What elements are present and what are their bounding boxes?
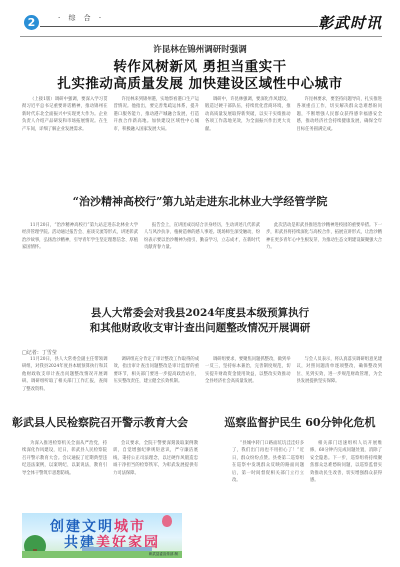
page-number-badge: 2 <box>24 15 39 30</box>
article-5-body: “县城中转门口路面坑坑洼洼好多了，我们出门再也不用担心了！”近日，群众纷纷点赞。… <box>232 440 382 558</box>
article-4-column: 为深入推进检察机关全面从严治党，持续深化作风建设，近日，彰武县人民检察院召开警示… <box>22 440 107 508</box>
article-paragraph: 调研组要求，要聚焦问题抓整改，做到举一反三，坚持标本兼治，完善制度规范，切实提升… <box>205 356 291 386</box>
article-paragraph: 与会人员表示，将认真落实调研组意见建议，对照问题清单逐项整改，确保整改到位、见到… <box>297 356 383 386</box>
article-5-headline: 巡察监督护民生 60分钟化危机 <box>200 414 400 430</box>
article-4-column: 会议要求，全院干警要深刻汲取案例教训，自觉增强纪律规矩意识，严守廉洁底线，秉持公… <box>113 440 198 508</box>
article-1-column: 许昆林来到锦州港，实地察看港口生产运营情况。他指出，要完善集疏运体系，提升港口服… <box>114 96 200 196</box>
article-2-body: 11月20日，“治沙精神高校行”第九站走进东北林业大学经济管理学院。活动通过报告… <box>22 222 382 292</box>
header-divider <box>40 26 318 27</box>
article-paragraph: 许昆林来到锦州港，实地察看港口生产运营情况。他指出，要完善集疏运体系，提升港口服… <box>114 96 200 133</box>
article-3-column: 调研组充分肯定了审计整改工作取得的成效，指出审计查出问题整改是审计监督的重要环节… <box>114 356 200 396</box>
article-paragraph: 11月20日，县人大常委会副主任带领调研组，对我县2024年度县本级预算执行和其… <box>22 356 108 393</box>
article-5-column: 相关部门迅速组织人员开展维修，60分钟内完成问题处置，消除了安全隐患。下一步，巡… <box>310 440 382 558</box>
article-3-headline-line1: 县人大常委会对我县2024年度县本级预算执行 <box>0 305 400 320</box>
article-paragraph: 此次活动是彰武县推进治沙精神进校园的重要举措。下一步，彰武县将持续深化与高校合作… <box>266 222 382 252</box>
article-1-headline-line2: 扎实推动高质量发展 加快建设区域性中心城市 <box>0 72 400 92</box>
article-3-column: 11月20日，县人大常委会副主任带领调研组，对我县2024年度县本级预算执行和其… <box>22 356 108 396</box>
article-paragraph: （上接1版）调研中强调，要深入学习贯彻习近平总书记重要讲话精神，推动锦州在新时代… <box>22 96 108 133</box>
article-4-headline: 彰武县人民检察院召开警示教育大会 <box>0 414 200 430</box>
banner-credit: 彰武县委宣传部 制 <box>149 552 178 557</box>
masthead-logo: 彰武时讯 <box>318 12 382 33</box>
article-paragraph: 11月20日，“治沙精神高校行”第九站走进东北林业大学经济管理学院。活动通过报告… <box>22 222 138 252</box>
article-3-column: 与会人员表示，将认真落实调研组意见建议，对照问题清单逐项整改，确保整改到位、见到… <box>297 356 383 396</box>
article-1-kicker: 许昆林在锦州调研时强调 <box>0 43 400 55</box>
article-5-column: “县城中转门口路面坑坑洼洼好多了，我们出门再也不用担心了！”近日，群众纷纷点赞。… <box>232 440 304 558</box>
article-4-body: 为深入推进检察机关全面从严治党，持续深化作风建设，近日，彰武县人民检察院召开警示… <box>22 440 198 508</box>
article-paragraph: 相关部门迅速组织人员开展维修，60分钟内完成问题处置，消除了安全隐患。下一步，巡… <box>310 440 382 484</box>
article-paragraph: 为深入推进检察机关全面从严治党，持续深化作风建设，近日，彰武县人民检察院召开警示… <box>22 440 107 477</box>
article-paragraph: 许昆林要求，要坚持问题导向，扎实推进各项重点工作，切实解决群众急难愁盼问题，不断… <box>297 96 383 133</box>
article-2-column: 11月20日，“治沙精神高校行”第九站走进东北林业大学经济管理学院。活动通过报告… <box>22 222 138 292</box>
article-paragraph: 报告会上，宣讲团成员结合亲身经历，生动讲述几代彰武人与风沙抗争、植树造林的感人事… <box>144 222 260 252</box>
article-paragraph: 调研组充分肯定了审计整改工作取得的成效，指出审计查出问题整改是审计监督的重要环节… <box>114 356 200 386</box>
article-2-headline: “治沙精神高校行”第九站走进东北林业大学经管学院 <box>0 193 400 209</box>
article-1-column: 许昆林要求，要坚持问题导向，扎实推进各项重点工作，切实解决群众急难愁盼问题，不断… <box>297 96 383 196</box>
article-3-headline-line2: 和其他财政收支审计查出问题整改情况开展调研 <box>0 320 400 335</box>
civic-promo-banner: 创建文明城市 共建美好家园 彰武县委宣传部 制 <box>22 513 182 558</box>
article-paragraph: 会议要求，全院干警要深刻汲取案例教训，自觉增强纪律规矩意识，严守廉洁底线，秉持公… <box>113 440 198 477</box>
article-paragraph: “县城中转门口路面坑坑洼洼好多了，我们出门再也不用担心了！”近日，群众纷纷点赞。… <box>232 440 304 484</box>
article-2-column: 此次活动是彰武县推进治沙精神进校园的重要举措。下一步，彰武县将持续深化与高校合作… <box>266 222 382 292</box>
article-3-body: 11月20日，县人大常委会副主任带领调研组，对我县2024年度县本级预算执行和其… <box>22 356 382 396</box>
article-paragraph: 调研中，许昆林强调，要深化作风建设，锻造过硬干部队伍，持续优化营商环境，推动高质… <box>205 96 291 133</box>
hot-air-balloon-icon <box>162 515 172 527</box>
newspaper-page: 2 · 综 合 · 彰武时讯 许昆林在锦州调研时强调 转作风树新风 勇担当重实干… <box>0 0 400 567</box>
article-3-column: 调研组要求，要聚焦问题抓整改，做到举一反三，坚持标本兼治，完善制度规范，切实提升… <box>205 356 291 396</box>
article-3-byline: □记者：丁雪莹 <box>22 349 57 356</box>
header-bottom-rule <box>20 36 382 37</box>
article-2-column: 报告会上，宣讲团成员结合亲身经历，生动讲述几代彰武人与风沙抗争、植树造林的感人事… <box>144 222 260 292</box>
page-header: 2 · 综 合 · 彰武时讯 <box>20 12 382 34</box>
section-label: · 综 合 · <box>58 13 104 23</box>
article-1-body: （上接1版）调研中强调，要深入学习贯彻习近平总书记重要讲话精神，推动锦州在新时代… <box>22 96 382 196</box>
article-1-column: 调研中，许昆林强调，要深化作风建设，锻造过硬干部队伍，持续优化营商环境，推动高质… <box>205 96 291 196</box>
article-1-column: （上接1版）调研中强调，要深入学习贯彻习近平总书记重要讲话精神，推动锦州在新时代… <box>22 96 108 196</box>
